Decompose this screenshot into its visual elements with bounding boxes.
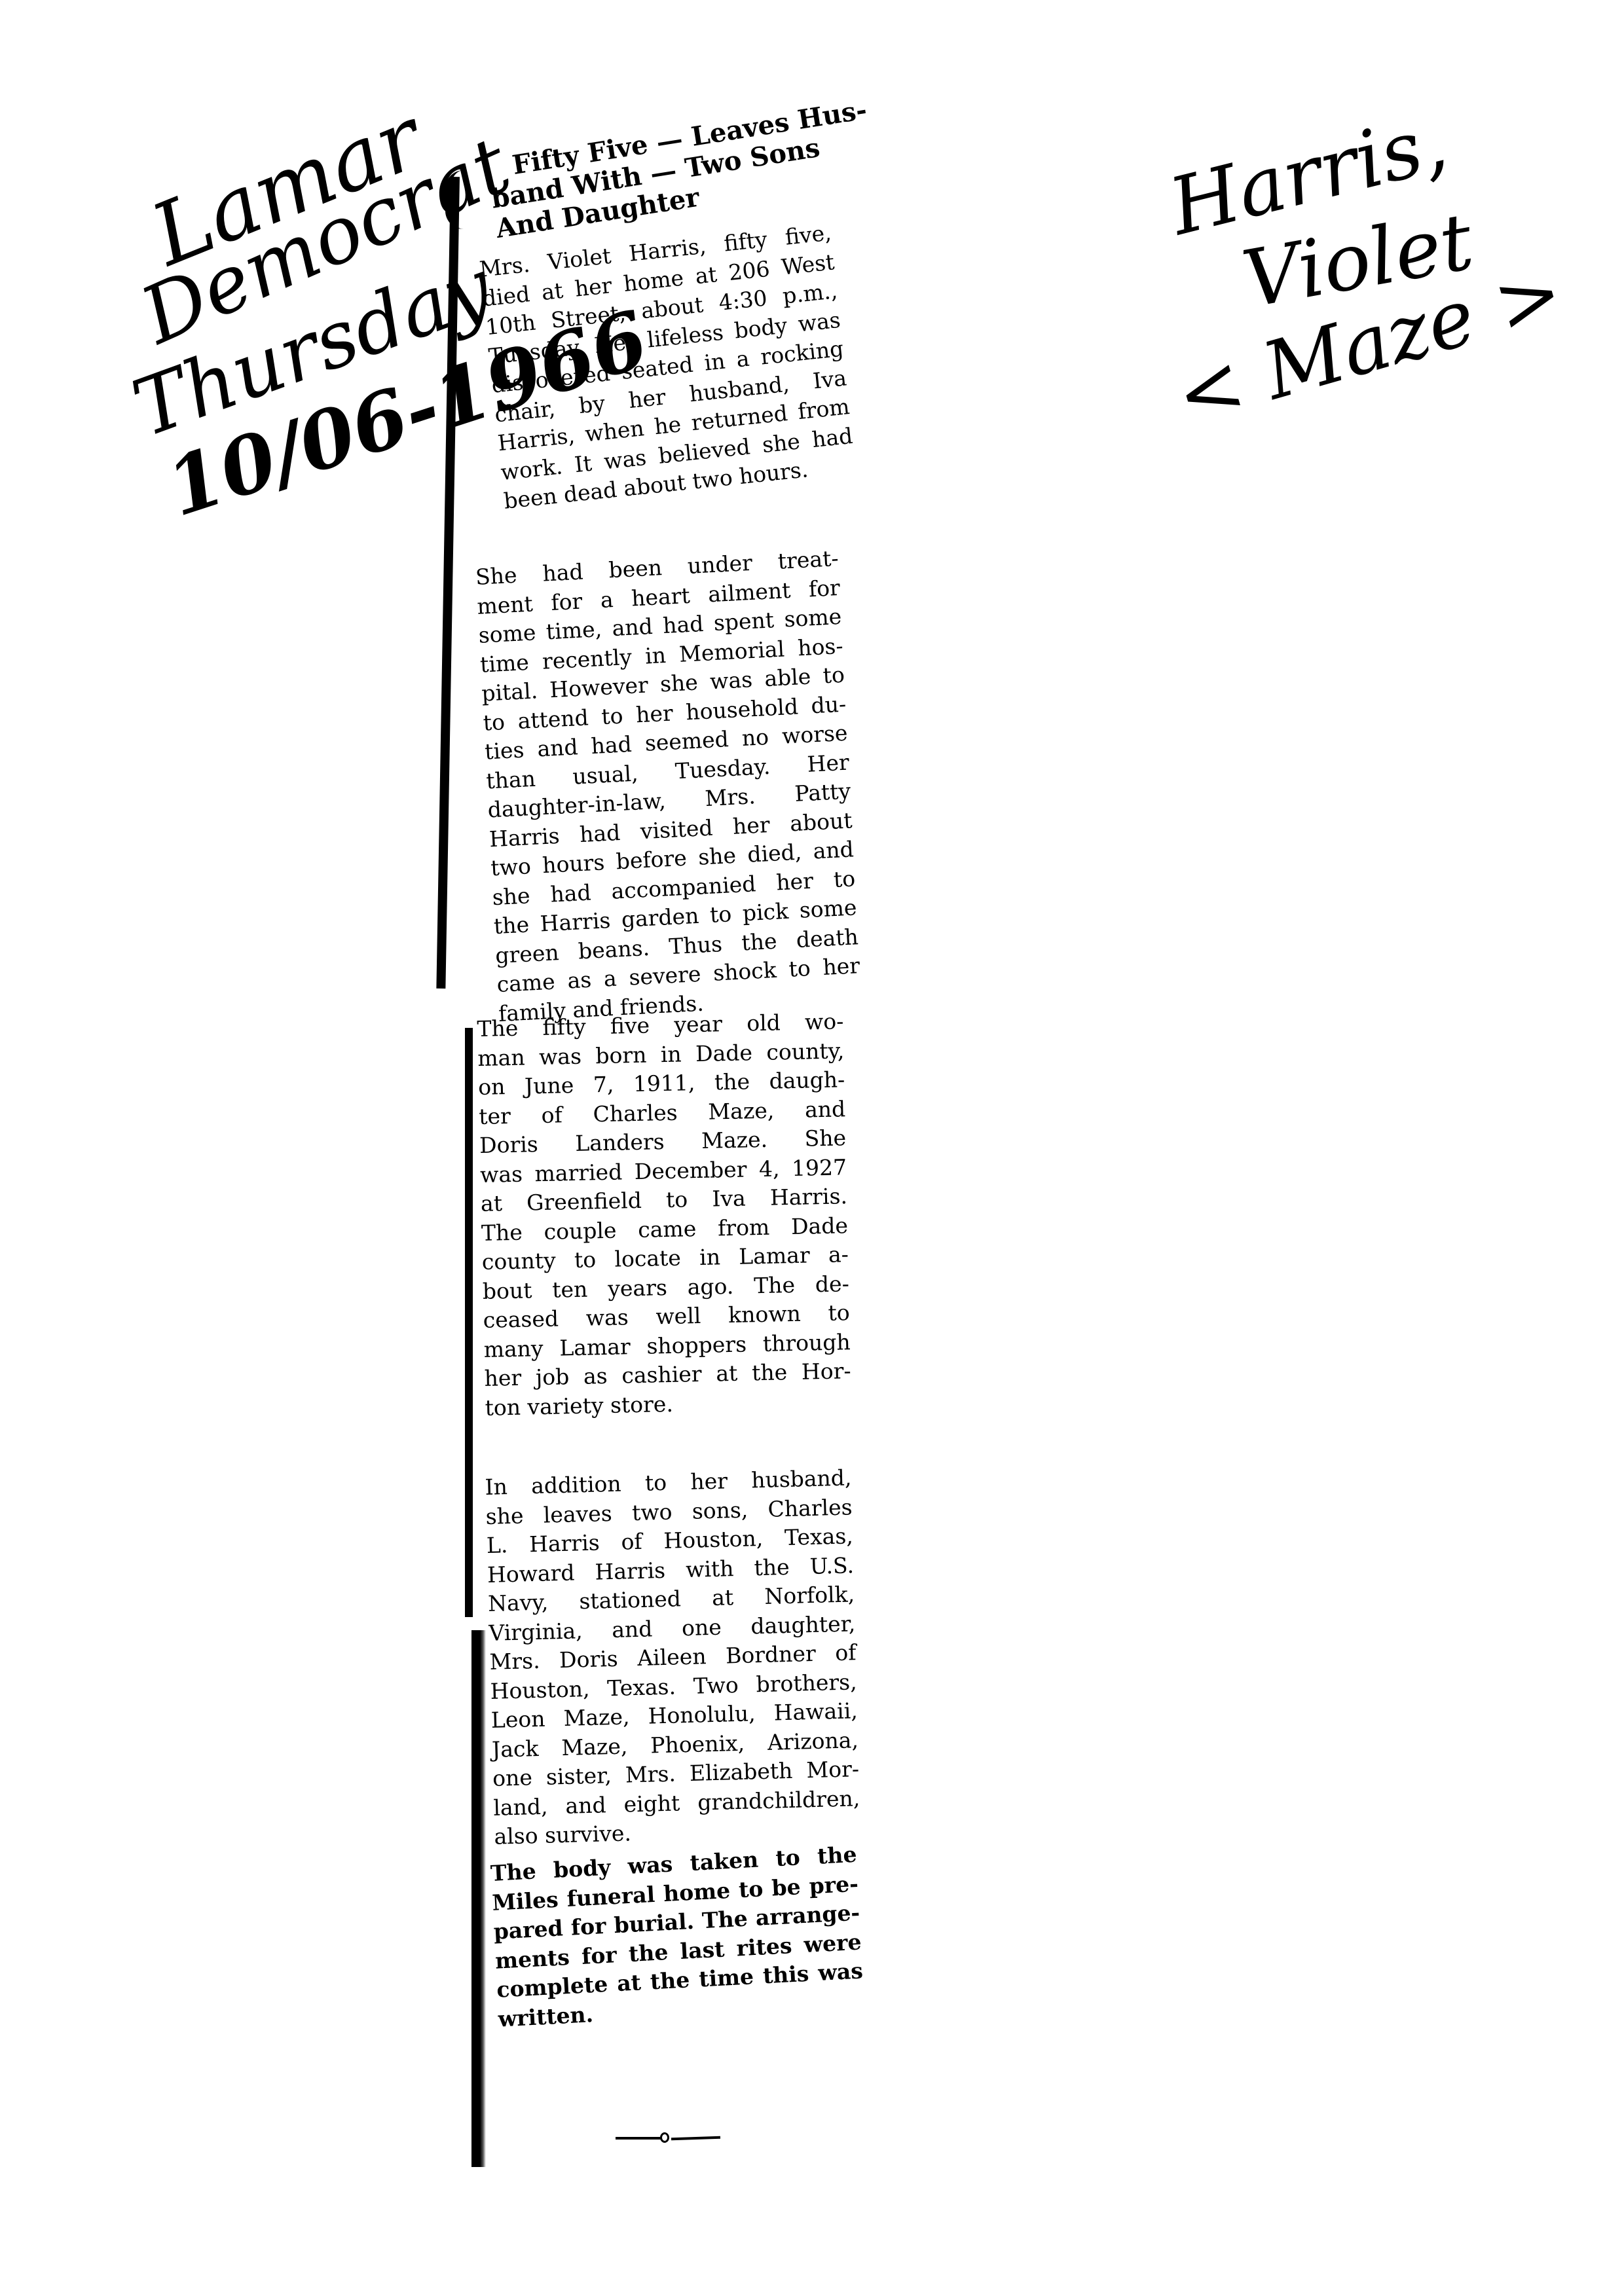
paragraph-funeral: The body was taken to the Miles funeral … (490, 1840, 865, 2034)
paragraph-death-notice: Mrs. Violet Harris, fifty five, died at … (478, 219, 857, 517)
handwritten-name-note: Harris, Violet < Maze > (1153, 144, 1493, 484)
handwritten-source-note: Lamar Democrat Thursday 10/06-1966 (131, 183, 439, 550)
clipping-edge-rule (471, 1630, 486, 2167)
end-of-article-mark-icon (616, 2131, 720, 2144)
paragraph-health: She had been under treat- ment for a hea… (475, 544, 862, 1029)
clipping-edge-rule (465, 1028, 473, 1617)
paragraph-survivors: In addition to her husband, she leaves t… (485, 1463, 861, 1851)
scanned-page: Lamar Democrat Thursday 10/06-1966 Harri… (0, 0, 1624, 2296)
paragraph-biography: The fifty five year old wo- man was born… (477, 1007, 852, 1423)
obituary-clipping: Fifty Five — Leaves Hus- band With — Two… (445, 157, 864, 1990)
